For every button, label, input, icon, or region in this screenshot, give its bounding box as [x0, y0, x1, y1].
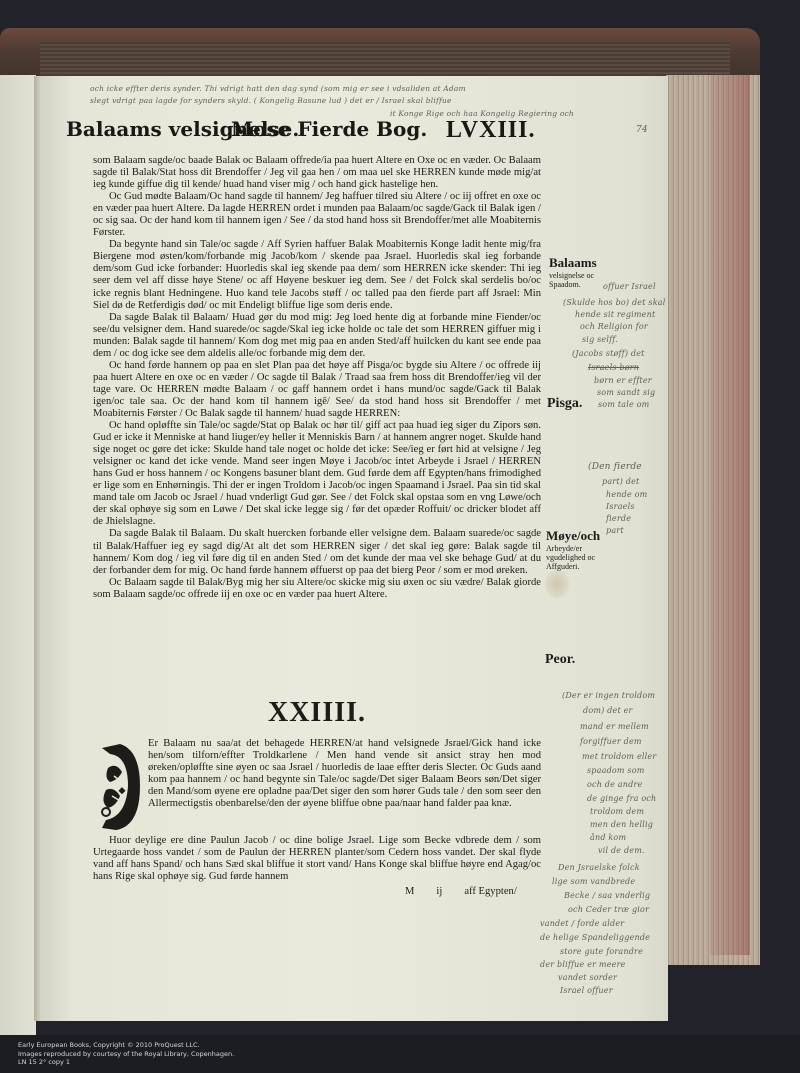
running-header: Balaams velsignelse. Mose Fierde Bog. LV…: [66, 117, 546, 147]
handwritten-margin-note: lige som vandbrede: [552, 876, 635, 887]
handwritten-margin-note: vandet / forde alder: [540, 918, 624, 929]
paper-stain: [545, 570, 569, 598]
handwritten-margin-note: (Skulde hos bo) det skal: [563, 297, 665, 308]
paragraph: Huor deylige ere dine Paulun Jacob / oc …: [93, 835, 541, 883]
handwritten-margin-note: troldom dem: [590, 806, 644, 817]
handwritten-margin-note: Israels: [606, 501, 635, 512]
catchword-line: Mijaff Egypten/: [405, 886, 539, 897]
book-page-block-top: [40, 42, 730, 78]
handwritten-margin-note: part) det: [602, 476, 639, 487]
handwritten-margin-note: ånd kom: [590, 832, 626, 843]
margin-heading-pisga: Pisga.: [547, 396, 582, 412]
main-text-column: som Balaam sagde/oc baade Balak oc Balaa…: [93, 155, 541, 601]
handwritten-margin-note: Becke / saa vnderlig: [564, 890, 650, 901]
handwritten-margin-note: de ginge fra och: [587, 793, 656, 804]
footer-copyright-line: Early European Books, Copyright © 2010 P…: [18, 1041, 234, 1050]
signature-number: ij: [436, 886, 442, 897]
page-gutter: [34, 76, 42, 1021]
decorated-initial-icon: [96, 740, 142, 832]
handwritten-margin-note: som tale om: [598, 399, 649, 410]
handwritten-margin-note: sig selff.: [582, 334, 618, 345]
handwritten-margin-note: offuer Israel: [603, 281, 656, 292]
handwritten-margin-note: vil de dem.: [598, 845, 645, 856]
margin-subheading-arbeyde: Arbeyde/er vgudelighed oc Affguderi.: [546, 544, 608, 571]
signature-mark: M: [405, 886, 414, 897]
handwritten-margin-note: store gute forandre: [560, 946, 643, 957]
book-scan: och icke effter deris synder. Thi vdrigt…: [0, 0, 800, 1035]
margin-heading-moye: Møye/och: [546, 528, 600, 544]
handwritten-margin-note: spaadom som: [587, 765, 645, 776]
margin-heading-peor: Peor.: [545, 652, 575, 668]
handwritten-margin-note: mand er mellem: [580, 721, 649, 732]
handwritten-margin-note: och Religion for: [580, 321, 648, 332]
handwritten-margin-note: de helige Spandeliggende: [540, 932, 650, 943]
header-book-title: Mose Fierde Bog.: [231, 117, 427, 141]
handwritten-margin-note: hende om: [606, 489, 647, 500]
paragraph: Er Balaam nu saa/at det behagede HERREN/…: [148, 738, 541, 811]
handwritten-margin-note: (Den fierde: [588, 462, 642, 473]
paragraph: Da sagde Balak til Balaam/ Huad gør du m…: [93, 312, 541, 360]
paragraph: Oc hand opløffte sin Tale/oc sagde/Stat …: [93, 420, 541, 528]
paragraph: Da begynte hand sin Tale/oc sagde / Aff …: [93, 239, 541, 311]
handwritten-margin-note: men den hellig: [590, 819, 653, 830]
handwritten-margin-note: och de andre: [587, 779, 642, 790]
catchword: aff Egypten/: [464, 886, 516, 897]
paragraph: Da sagde Balak til Balaam. Du skalt huer…: [93, 528, 541, 576]
footer-shelfmark-line: LN 15 2° copy 1: [18, 1058, 234, 1067]
handwritten-margin-note: som sandt sig: [597, 387, 655, 398]
handwritten-top-note-1: och icke effter deris synder. Thi vdrigt…: [90, 83, 466, 94]
handwritten-margin-note: børn er effter: [594, 375, 652, 386]
handwritten-margin-note: Israels børn: [588, 362, 639, 373]
margin-heading-balaams: Balaams: [549, 255, 597, 271]
handwritten-margin-note: met troldom eller: [582, 751, 656, 762]
paragraph: Oc Gud mødte Balaam/Oc hand sagde til ha…: [93, 191, 541, 239]
handwritten-margin-note: vandet sorder: [558, 972, 617, 983]
chapter-heading: XXIIII.: [93, 697, 541, 729]
margin-subheading-velsignelse: velsignelse oc Spaadom.: [549, 271, 609, 289]
header-folio-number: LVXIII.: [446, 117, 536, 144]
handwritten-margin-note: Israel offuer: [560, 985, 613, 996]
paragraph: Oc Balaam sagde til Balak/Byg mig her si…: [93, 577, 541, 601]
paragraph: som Balaam sagde/oc baade Balak oc Balaa…: [93, 155, 541, 191]
handwritten-margin-note: der bliffue er meere: [540, 959, 626, 970]
handwritten-folio: 74: [636, 125, 648, 136]
handwritten-margin-note: fierde: [606, 513, 631, 524]
handwritten-margin-note: dom) det er: [583, 705, 633, 716]
lower-text-column: Huor deylige ere dine Paulun Jacob / oc …: [93, 835, 541, 883]
left-page-strip: [0, 75, 36, 1035]
handwritten-top-note-2: slegt vdrigt paa lagde for synders skyld…: [90, 95, 452, 106]
handwritten-margin-note: hende sit regiment: [575, 309, 655, 320]
book-fore-edge-red-tint: [710, 75, 750, 955]
footer-courtesy-line: Images reproduced by courtesy of the Roy…: [18, 1050, 234, 1059]
paragraph: Oc hand førde hannem op paa en slet Plan…: [93, 360, 541, 420]
chapter-opening-text: Er Balaam nu saa/at det behagede HERREN/…: [148, 738, 541, 811]
copyright-footer: Early European Books, Copyright © 2010 P…: [18, 1041, 234, 1067]
handwritten-margin-note: forgiffuer dem: [580, 736, 642, 747]
handwritten-margin-note: och Ceder træ gior: [568, 904, 649, 915]
handwritten-margin-note: (Der er ingen troldom: [562, 690, 655, 701]
handwritten-margin-note: part: [606, 525, 624, 536]
handwritten-margin-note: (Jacobs støff) det: [572, 348, 645, 359]
handwritten-margin-note: Den Jsraelske folck: [558, 862, 640, 873]
